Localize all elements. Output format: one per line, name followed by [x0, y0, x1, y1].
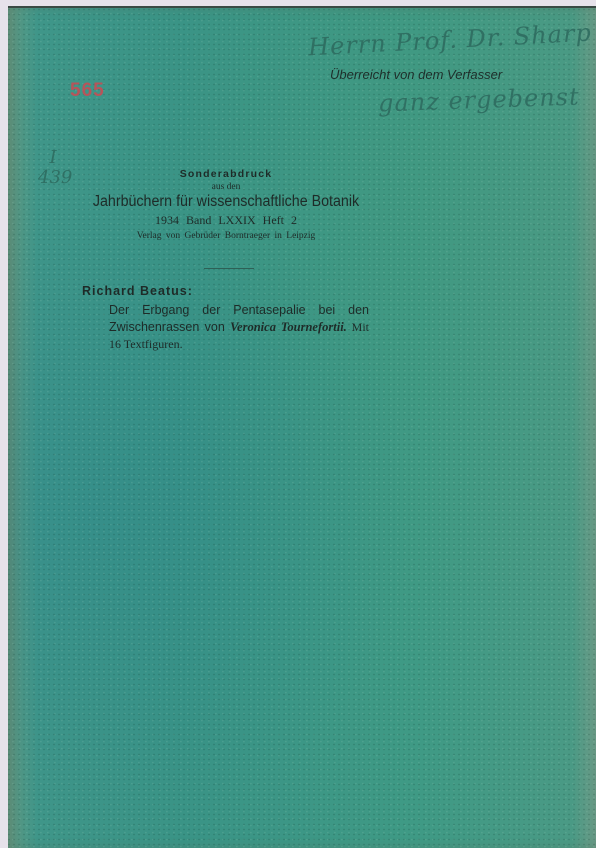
offprint-label: Sonderabdruck [76, 168, 376, 180]
catalog-number: 565 [70, 80, 105, 102]
divider-rule [204, 268, 254, 269]
article-title: Der Erbgang der Pentasepalie bei den Zwi… [109, 302, 369, 353]
paper-texture [8, 8, 596, 846]
handwritten-closing: ganz ergebenst [378, 82, 580, 117]
document-cover: Herrn Prof. Dr. Sharp Überreicht von dem… [8, 6, 596, 846]
author-name: Richard Beatus: [82, 284, 193, 298]
handwritten-margin-mark: I 439 [38, 148, 68, 188]
journal-title: Jahrbüchern für wissenschaftliche Botani… [88, 193, 364, 211]
handwritten-dedication: Herrn Prof. Dr. Sharp [307, 19, 592, 62]
species-name: Veronica Tournefortii. [230, 320, 347, 334]
from-label: aus den [76, 182, 376, 192]
journal-header: Sonderabdruck aus den Jahrbüchern für wi… [76, 168, 376, 241]
volume-line: 1934 Band LXXIX Heft 2 [76, 213, 376, 228]
presentation-stamp: Überreicht von dem Verfasser [330, 67, 502, 82]
publisher-line: Verlag von Gebrüder Borntraeger in Leipz… [76, 231, 376, 241]
